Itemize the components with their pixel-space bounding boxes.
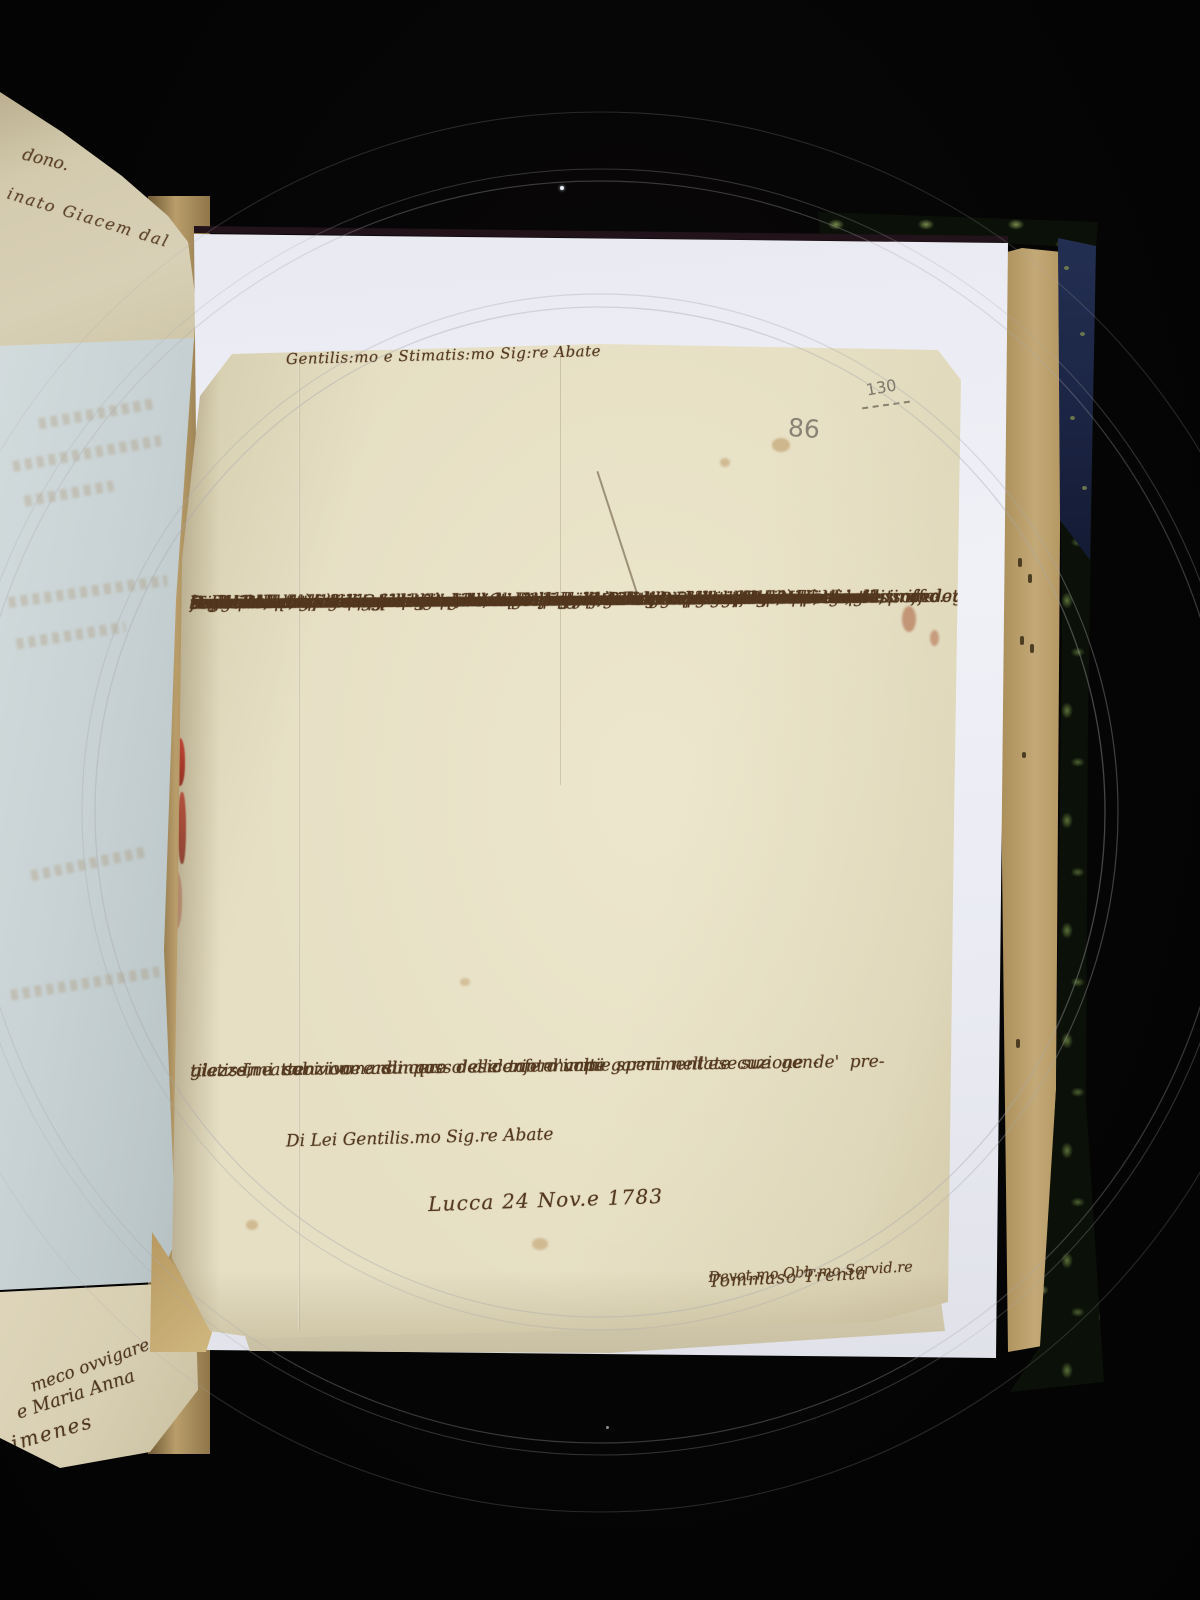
paper-crease (298, 360, 300, 1330)
ink-bleed-line (10, 966, 160, 1000)
left-page-text-fragment: dono. (20, 145, 71, 176)
edge-speck (1028, 574, 1032, 583)
ink-bleed-line (8, 575, 168, 608)
folio-number: 130 (865, 375, 898, 399)
marble-speck (1070, 416, 1075, 420)
foxing-stain (930, 630, 939, 646)
dust-speck (560, 186, 564, 190)
paper-crack (596, 471, 641, 605)
edge-speck (1016, 1039, 1020, 1048)
dust-speck (606, 1426, 609, 1429)
marble-speck (1082, 486, 1087, 490)
foxing-stain (460, 978, 470, 986)
marble-speck (1080, 332, 1085, 336)
edge-speck (1018, 558, 1022, 567)
signature-block: Devot.mo Obb.mo Servid.re Tommaso Trenta (708, 1258, 940, 1270)
ink-bleed-line (16, 621, 126, 649)
folio-underline (862, 401, 910, 410)
edge-speck (1020, 636, 1024, 645)
photo-background: dono. inato Giacem dal meco ovvigare Ser… (0, 0, 1200, 1600)
edge-speck (1030, 644, 1034, 653)
valediction: Di Lei Gentilis.mo Sig.re Abate (286, 1125, 554, 1152)
wax-seal-mark (178, 792, 186, 864)
ink-bleed-line (24, 480, 115, 506)
page-number: 86 (787, 413, 821, 444)
body-line: amicizia, che le professo. (190, 589, 428, 615)
foxing-stain (532, 1238, 548, 1250)
paper-crease (560, 355, 561, 785)
letter-closing: In attenzione adunque delle tante volte … (190, 1049, 956, 1060)
dateline: Lucca 24 Nov.e 1783 (428, 1184, 664, 1216)
marble-speck (1064, 266, 1069, 270)
ink-bleed-line (12, 435, 162, 472)
letter-sheet: Gentilis:mo e Stimatis:mo Sig:re Abate 1… (160, 330, 970, 1345)
letter-body: Giacchè è meglio tacere a questi giorni … (190, 585, 956, 592)
foxing-stain (902, 606, 916, 632)
foxing-stain (246, 1220, 258, 1230)
left-page-text-fragment: inato Giacem dal (5, 184, 172, 252)
ink-bleed-line (38, 398, 158, 430)
foxing-stain (720, 458, 730, 467)
edge-speck (1022, 752, 1026, 758)
closing-line: giatissimi suoi comandi passo a conferma… (190, 1054, 604, 1084)
ink-bleed-line (30, 846, 150, 882)
cover-blue-corner (1056, 236, 1100, 566)
